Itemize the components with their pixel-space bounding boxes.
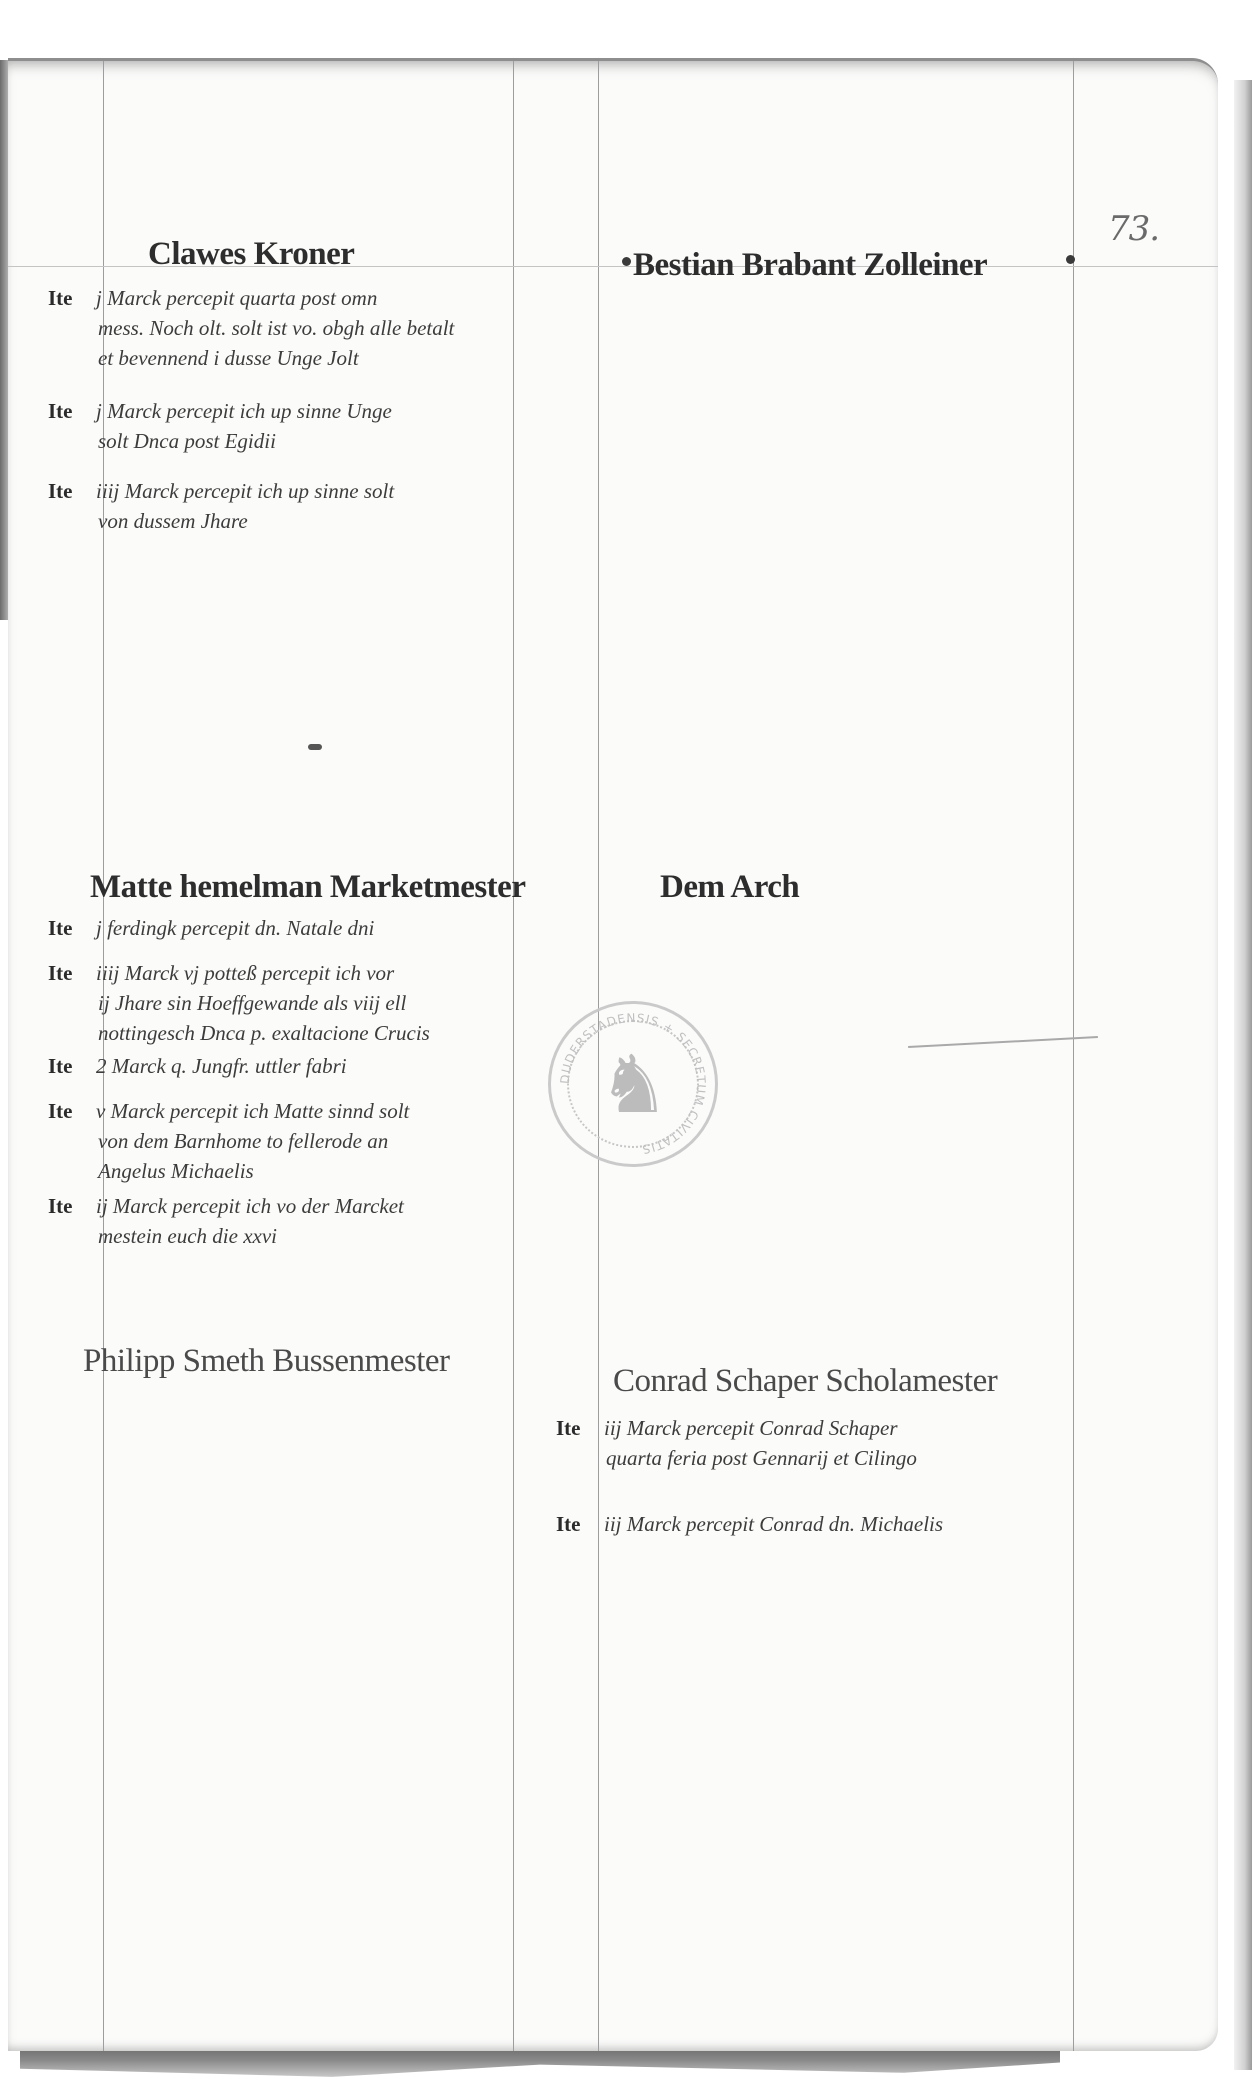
- entry-text: j Marck percepit ich up sinne Unge: [96, 399, 392, 423]
- entry-text: iiij Marck vj potteß percepit ich vor: [96, 961, 394, 985]
- ledger-entry: Itej ferdingk percepit dn. Natale dni: [48, 913, 374, 943]
- entry-text: von dussem Jhare: [48, 506, 394, 536]
- ledger-entry: Ite2 Marck q. Jungfr. uttler fabri: [48, 1051, 347, 1081]
- item-marker: Ite: [556, 1413, 604, 1443]
- ledger-entry: Itej Marck percepit ich up sinne Unge so…: [48, 396, 392, 456]
- ledger-entry: Iteij Marck percepit ich vo der Marcket …: [48, 1191, 404, 1251]
- section-heading-philipp-smeth: Philipp Smeth Bussenmester: [83, 1343, 450, 1380]
- entry-text: ij Marck percepit ich vo der Marcket: [96, 1194, 404, 1218]
- entry-text: 2 Marck q. Jungfr. uttler fabri: [96, 1054, 347, 1078]
- section-heading-bestian-brabant: Bestian Brabant Zolleiner: [633, 247, 987, 284]
- item-marker: Ite: [48, 476, 96, 506]
- entry-text: et bevennend i dusse Unge Jolt: [48, 343, 454, 373]
- folio-number: 73.: [1108, 209, 1159, 249]
- item-marker: Ite: [556, 1509, 604, 1539]
- ledger-entry: Iteiij Marck percepit Conrad dn. Michael…: [556, 1509, 943, 1539]
- entry-text: mestein euch die xxvi: [48, 1221, 404, 1251]
- ink-dot: [1066, 255, 1075, 264]
- manuscript-page: 73. Clawes Kroner Itej Marck percepit qu…: [8, 58, 1218, 2051]
- entry-text: mess. Noch olt. solt ist vo. obgh alle b…: [48, 313, 454, 343]
- item-marker: Ite: [48, 958, 96, 988]
- ledger-entry: Iteiiij Marck percepit ich up sinne solt…: [48, 476, 394, 536]
- margin-rule-right: [1073, 61, 1074, 2051]
- entry-text: iij Marck percepit Conrad dn. Michaelis: [604, 1512, 943, 1536]
- item-marker: Ite: [48, 396, 96, 426]
- ledger-entry: Iteiij Marck percepit Conrad Schaper qua…: [556, 1413, 917, 1473]
- section-heading-conrad-schaper: Conrad Schaper Scholamester: [613, 1363, 997, 1400]
- entry-text: iiij Marck percepit ich up sinne solt: [96, 479, 394, 503]
- entry-text: von dem Barnhome to fellerode an: [48, 1126, 409, 1156]
- section-heading-matte-hemelman: Matte hemelman Marketmester: [90, 869, 525, 906]
- ink-blot: [308, 744, 322, 750]
- pen-stroke: [908, 1036, 1098, 1048]
- ink-dot: [622, 257, 631, 266]
- item-marker: Ite: [48, 913, 96, 943]
- item-marker: Ite: [48, 1051, 96, 1081]
- entry-text: j ferdingk percepit dn. Natale dni: [96, 916, 374, 940]
- scan-edge-right: [1234, 80, 1252, 2070]
- entry-text: j Marck percepit quarta post omn: [96, 286, 377, 310]
- item-marker: Ite: [48, 283, 96, 313]
- entry-text: Angelus Michaelis: [48, 1156, 409, 1186]
- section-heading-dem-arch: Dem Arch: [660, 869, 799, 906]
- column-rule-left: [513, 61, 514, 2051]
- entry-text: nottingesch Dnca p. exaltacione Crucis: [48, 1018, 430, 1048]
- section-heading-clawes-kroner: Clawes Kroner: [148, 236, 354, 273]
- item-marker: Ite: [48, 1191, 96, 1221]
- ledger-entry: Itev Marck percepit ich Matte sinnd solt…: [48, 1096, 409, 1186]
- item-marker: Ite: [48, 1096, 96, 1126]
- entry-text: ij Jhare sin Hoeffgewande als viij ell: [48, 988, 430, 1018]
- ledger-entry: Iteiiij Marck vj potteß percepit ich vor…: [48, 958, 430, 1048]
- library-seal-stamp: DUDERSTADENSIS + SECRETUM CIVITATIS ♞: [548, 1001, 718, 1167]
- entry-text: v Marck percepit ich Matte sinnd solt: [96, 1099, 409, 1123]
- entry-text: solt Dnca post Egidii: [48, 426, 392, 456]
- lion-icon: ♞: [591, 1038, 677, 1132]
- entry-text: iij Marck percepit Conrad Schaper: [604, 1416, 898, 1440]
- entry-text: quarta feria post Gennarij et Cilingo: [556, 1443, 917, 1473]
- ledger-entry: Itej Marck percepit quarta post omn mess…: [48, 283, 454, 373]
